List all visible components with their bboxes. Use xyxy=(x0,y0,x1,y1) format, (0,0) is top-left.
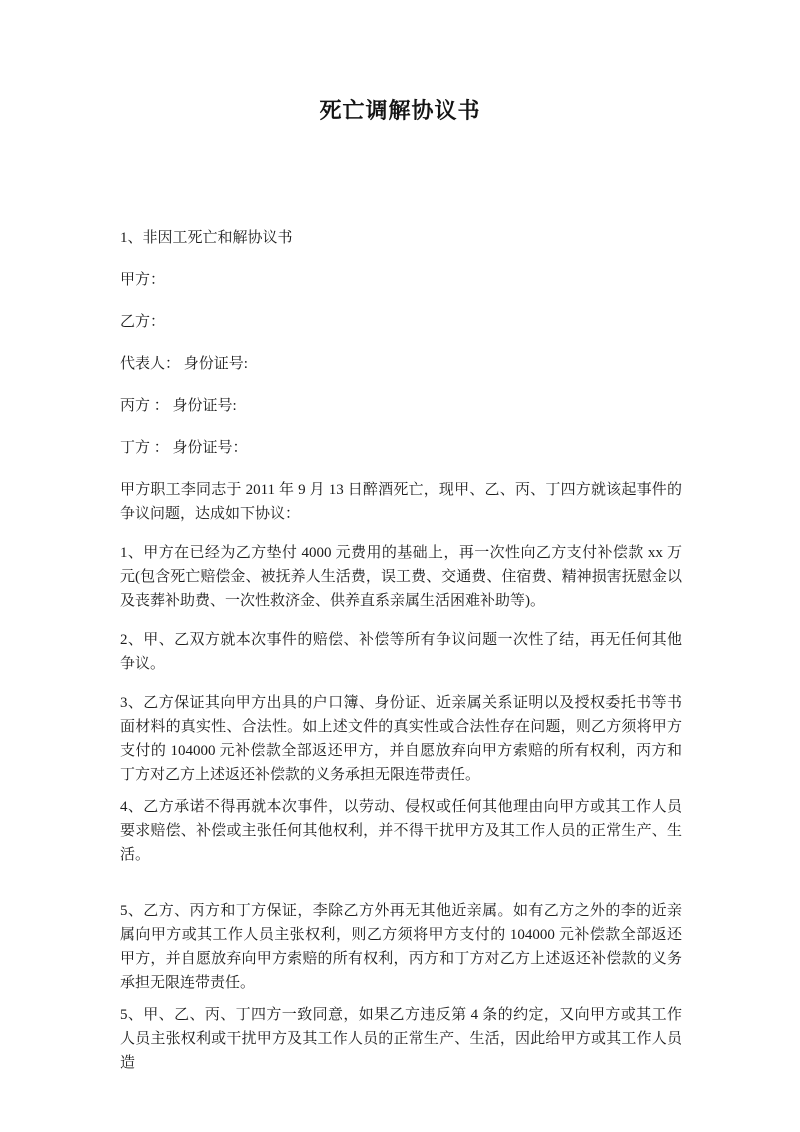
clause-1: 1、甲方在已经为乙方垫付 4000 元费用的基础上，再一次性向乙方支付补偿款 x… xyxy=(120,541,682,613)
document-subtitle: 1、非因工死亡和解协议书 xyxy=(120,226,682,250)
document-page: 死亡调解协议书 1、非因工死亡和解协议书 甲方： 乙方： 代表人： 身份证号: … xyxy=(0,0,800,1132)
clause-5: 5、乙方、丙方和丁方保证，李除乙方外再无其他近亲属。如有乙方之外的李的近亲属向甲… xyxy=(120,899,682,995)
party-line-jiafang: 甲方： xyxy=(120,268,682,292)
clause-5b: 5、甲、乙、丙、丁四方一致同意，如果乙方违反第 4 条的约定，又向甲方或其工作人… xyxy=(120,1003,682,1075)
party-line-daibiaoren: 代表人： 身份证号: xyxy=(120,352,682,376)
clause-4: 4、乙方承诺不得再就本次事件，以劳动、侵权或任何其他理由向甲方或其工作人员要求赔… xyxy=(120,795,682,867)
document-title: 死亡调解协议书 xyxy=(0,0,800,126)
intro-paragraph: 甲方职工李同志于 2011 年 9 月 13 日醉酒死亡，现甲、乙、丙、丁四方就… xyxy=(120,478,682,526)
party-line-yifang: 乙方： xyxy=(120,310,682,334)
clause-2: 2、甲、乙双方就本次事件的赔偿、补偿等所有争议问题一次性了结，再无任何其他争议。 xyxy=(120,628,682,676)
clause-3: 3、乙方保证其向甲方出具的户口簿、身份证、近亲属关系证明以及授权委托书等书面材料… xyxy=(120,691,682,787)
party-line-bingfang: 丙方 ： 身份证号: xyxy=(120,394,682,418)
document-body: 1、非因工死亡和解协议书 甲方： 乙方： 代表人： 身份证号: 丙方 ： 身份证… xyxy=(120,126,682,1075)
party-line-dingfang: 丁方 ： 身份证号： xyxy=(120,436,682,460)
